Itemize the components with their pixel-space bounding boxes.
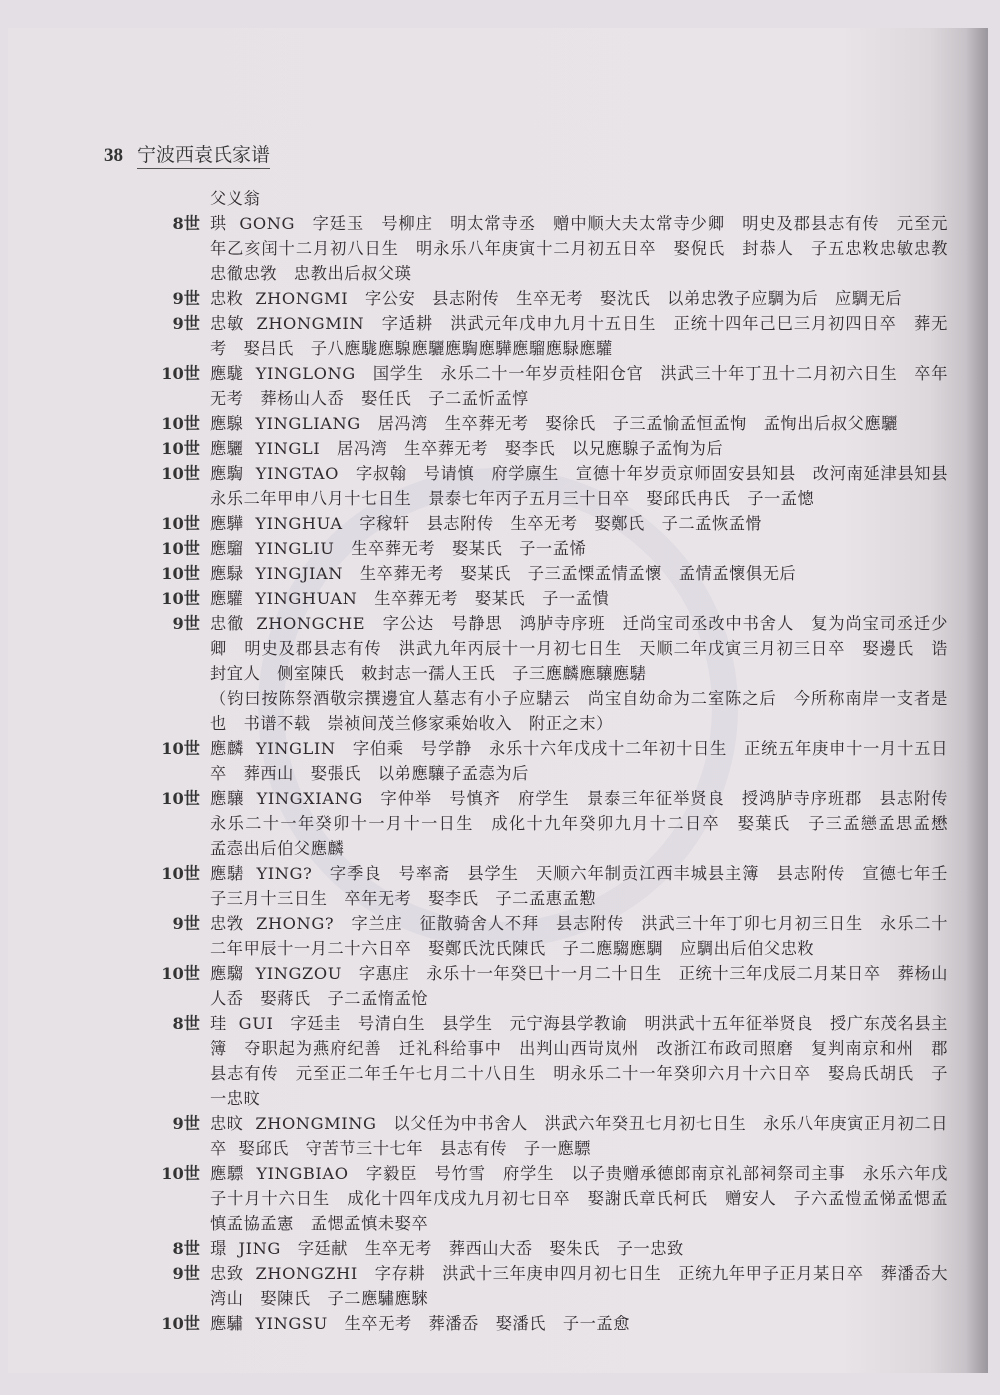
entry-text: 應騞 YING? 字季良 号率斋 县学生 天顺六年制贡江西丰城县主簿 县志附传 …: [210, 861, 948, 911]
generation-label: 8世: [148, 1011, 210, 1111]
generation-label: 10世: [148, 511, 210, 536]
genealogy-body: 父义翁8世珙 GONG 字廷玉 号柳庄 明太常寺丞 赠中顺大夫太常寺少卿 明史及…: [148, 186, 948, 1336]
genealogy-entry: 10世應騶 YINGZOU 字惠庄 永乐十一年癸巳十一月二十日生 正统十三年戊辰…: [148, 961, 948, 1011]
entry-text: 忠敩 ZHONG? 字兰庄 征散骑舍人不拜 县志附传 洪武三十年丁卯七月初三日生…: [210, 911, 948, 961]
genealogy-entry: 9世忠敩 ZHONG? 字兰庄 征散骑舍人不拜 县志附传 洪武三十年丁卯七月初三…: [148, 911, 948, 961]
entry-text: 應駹 YINGLONG 国学生 永乐二十一年岁贡桂阳仓官 洪武三十年丁丑十二月初…: [210, 361, 948, 411]
entry-text: 璟 JING 字廷献 生卒无考 葬西山大岙 娶朱氏 子一忠致: [210, 1236, 948, 1261]
genealogy-entry: 10世應騮 YINGLIU 生卒葬无考 娶某氏 子一孟悕: [148, 536, 948, 561]
generation-label: 10世: [148, 411, 210, 436]
entry-text: 父义翁: [210, 186, 948, 211]
entry-text: 珙 GONG 字廷玉 号柳庄 明太常寺丞 赠中顺大夫太常寺少卿 明史及郡县志有传…: [210, 211, 948, 286]
genealogy-entry: 10世應驃 YINGBIAO 字毅臣 号竹雪 府学生 以子贵赠承德郎南京礼部祠祭…: [148, 1161, 948, 1236]
genealogy-entry: 10世應驤 YINGXIANG 字仲举 号慎齐 府学生 景泰三年征举贤良 授鸿胪…: [148, 786, 948, 861]
generation-label: [148, 186, 210, 211]
entry-text: 忠敏 ZHONGMIN 字适耕 洪武元年戊申九月十五日生 正统十四年己巳三月初四…: [210, 311, 948, 361]
entry-text: （钧曰按陈祭酒敬宗撰邊宜人墓志有小子应騞云 尚宝自幼命为二室陈之后 今所称南岸一…: [210, 686, 948, 736]
generation-label: 10世: [148, 1161, 210, 1236]
genealogy-entry: 父义翁: [148, 186, 948, 211]
genealogy-entry: 8世珙 GONG 字廷玉 号柳庄 明太常寺丞 赠中顺大夫太常寺少卿 明史及郡县志…: [148, 211, 948, 286]
genealogy-entry: （钧曰按陈祭酒敬宗撰邊宜人墓志有小子应騞云 尚宝自幼命为二室陈之后 今所称南岸一…: [148, 686, 948, 736]
generation-label: 9世: [148, 1111, 210, 1161]
entry-text: 應騊 YINGTAO 字叔翰 号请慎 府学廪生 宣德十年岁贡京师固安县知县 改河…: [210, 461, 948, 511]
entry-text: 應驌 YINGSU 生卒无考 葬潘岙 娶潘氏 子一孟愈: [210, 1311, 948, 1336]
generation-label: 10世: [148, 1311, 210, 1336]
generation-label: 10世: [148, 736, 210, 786]
entry-text: 應騄 YINGJIAN 生卒葬无考 娶某氏 子三孟慄孟情孟懷 孟情孟懷俱无后: [210, 561, 948, 586]
generation-label: 8世: [148, 211, 210, 286]
generation-label: 10世: [148, 536, 210, 561]
entry-text: 應驊 YINGHUA 字稼轩 县志附传 生卒无考 娶鄭氏 子二孟恢孟愲: [210, 511, 948, 536]
entry-text: 應驃 YINGBIAO 字毅臣 号竹雪 府学生 以子贵赠承德郎南京礼部祠祭司主事…: [210, 1161, 948, 1236]
generation-label: 9世: [148, 911, 210, 961]
genealogy-entry: 9世忠旼 ZHONGMING 以父任为中书舍人 洪武六年癸丑七月初七日生 永乐八…: [148, 1111, 948, 1161]
genealogy-entry: 10世應驊 YINGHUA 字稼轩 县志附传 生卒无考 娶鄭氏 子二孟恢孟愲: [148, 511, 948, 536]
genealogy-entry: 10世應駹 YINGLONG 国学生 永乐二十一年岁贡桂阳仓官 洪武三十年丁丑十…: [148, 361, 948, 411]
generation-label: 10世: [148, 586, 210, 611]
generation-label: 9世: [148, 286, 210, 311]
generation-label: 10世: [148, 461, 210, 511]
genealogy-entry: 9世忠徹 ZHONGCHE 字公达 号静思 鸿胪寺序班 迁尚宝司丞改中书舍人 复…: [148, 611, 948, 686]
entry-text: 應騮 YINGLIU 生卒葬无考 娶某氏 子一孟悕: [210, 536, 948, 561]
generation-label: 8世: [148, 1236, 210, 1261]
genealogy-entry: 10世應騊 YINGTAO 字叔翰 号请慎 府学廪生 宣德十年岁贡京师固安县知县…: [148, 461, 948, 511]
genealogy-entry: 9世忠敏 ZHONGMIN 字适耕 洪武元年戊申九月十五日生 正统十四年己巳三月…: [148, 311, 948, 361]
genealogy-entry: 8世珪 GUI 字廷圭 号清白生 县学生 元宁海县学教谕 明洪武十五年征举贤良 …: [148, 1011, 948, 1111]
genealogy-entry: 10世應麟 YINGLIN 字伯乘 号学静 永乐十六年戊戌十二年初十日生 正统五…: [148, 736, 948, 786]
book-title: 宁波西袁氏家谱: [137, 140, 270, 169]
entry-text: 忠徹 ZHONGCHE 字公达 号静思 鸿胪寺序班 迁尚宝司丞改中书舍人 复为尚…: [210, 611, 948, 686]
generation-label: 10世: [148, 436, 210, 461]
generation-label: 9世: [148, 1261, 210, 1311]
generation-label: [148, 686, 210, 736]
entry-text: 忠致 ZHONGZHI 字存耕 洪武十三年庚申四月初七日生 正统九年甲子正月某日…: [210, 1261, 948, 1311]
generation-label: 10世: [148, 961, 210, 1011]
genealogy-entry: 10世應騡 YINGLIANG 居冯湾 生卒葬无考 娶徐氏 子三孟愉孟恒孟恂 孟…: [148, 411, 948, 436]
entry-text: 應驪 YINGLI 居冯湾 生卒葬无考 娶李氏 以兄應騡子孟恂为后: [210, 436, 948, 461]
genealogy-entry: 10世應驪 YINGLI 居冯湾 生卒葬无考 娶李氏 以兄應騡子孟恂为后: [148, 436, 948, 461]
entry-text: 珪 GUI 字廷圭 号清白生 县学生 元宁海县学教谕 明洪武十五年征举贤良 授广…: [210, 1011, 948, 1111]
genealogy-entry: 10世應騞 YING? 字季良 号率斋 县学生 天顺六年制贡江西丰城县主簿 县志…: [148, 861, 948, 911]
entry-text: 應驤 YINGXIANG 字仲举 号慎齐 府学生 景泰三年征举贤良 授鸿胪寺序班…: [210, 786, 948, 861]
running-header: 38 宁波西袁氏家谱: [104, 140, 270, 169]
entry-text: 應騡 YINGLIANG 居冯湾 生卒葬无考 娶徐氏 子三孟愉孟恒孟恂 孟恂出后…: [210, 411, 948, 436]
entry-text: 忠敉 ZHONGMI 字公安 县志附传 生卒无考 娶沈氏 以弟忠敩子应騆为后 应…: [210, 286, 948, 311]
generation-label: 9世: [148, 611, 210, 686]
entry-text: 應騶 YINGZOU 字惠庄 永乐十一年癸巳十一月二十日生 正统十三年戊辰二月某…: [210, 961, 948, 1011]
page-edge-shadow: [966, 28, 988, 1373]
genealogy-entry: 10世應驌 YINGSU 生卒无考 葬潘岙 娶潘氏 子一孟愈: [148, 1311, 948, 1336]
genealogy-entry: 10世應驩 YINGHUAN 生卒葬无考 娶某氏 子一孟憒: [148, 586, 948, 611]
entry-text: 應麟 YINGLIN 字伯乘 号学静 永乐十六年戊戌十二年初十日生 正统五年庚申…: [210, 736, 948, 786]
genealogy-entry: 10世應騄 YINGJIAN 生卒葬无考 娶某氏 子三孟慄孟情孟懷 孟情孟懷俱无…: [148, 561, 948, 586]
genealogy-entry: 8世璟 JING 字廷献 生卒无考 葬西山大岙 娶朱氏 子一忠致: [148, 1236, 948, 1261]
genealogy-entry: 9世忠敉 ZHONGMI 字公安 县志附传 生卒无考 娶沈氏 以弟忠敩子应騆为后…: [148, 286, 948, 311]
generation-label: 10世: [148, 361, 210, 411]
genealogy-entry: 9世忠致 ZHONGZHI 字存耕 洪武十三年庚申四月初七日生 正统九年甲子正月…: [148, 1261, 948, 1311]
generation-label: 10世: [148, 861, 210, 911]
generation-label: 9世: [148, 311, 210, 361]
page-number: 38: [104, 145, 123, 167]
generation-label: 10世: [148, 786, 210, 861]
generation-label: 10世: [148, 561, 210, 586]
entry-text: 應驩 YINGHUAN 生卒葬无考 娶某氏 子一孟憒: [210, 586, 948, 611]
entry-text: 忠旼 ZHONGMING 以父任为中书舍人 洪武六年癸丑七月初七日生 永乐八年庚…: [210, 1111, 948, 1161]
